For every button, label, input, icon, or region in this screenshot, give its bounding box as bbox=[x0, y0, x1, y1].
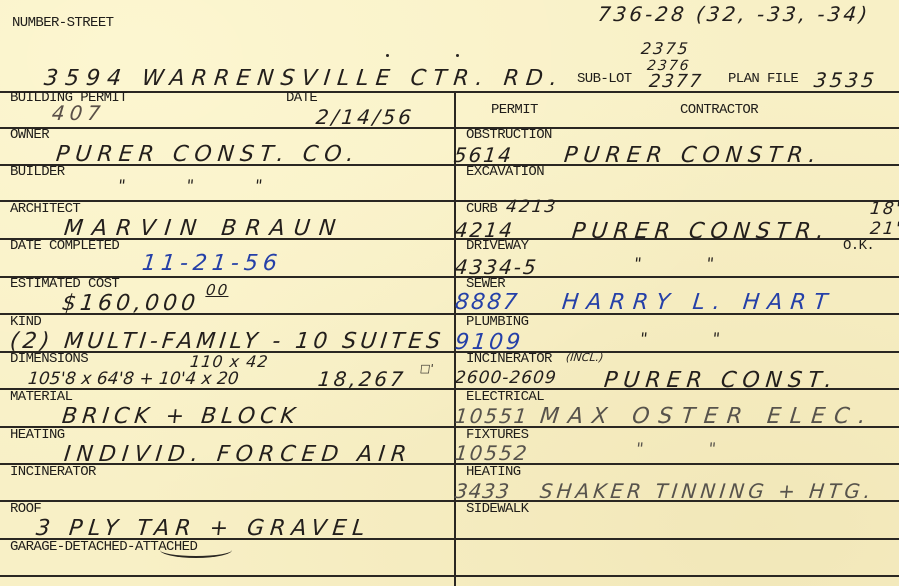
dimensions-value: 105'8 x 64'8 + 10'4 x 20 bbox=[27, 371, 239, 388]
address: 3594 WARRENSVILLE CTR. RD. bbox=[43, 68, 565, 90]
owner-value: PURER CONST. CO. bbox=[55, 144, 361, 166]
incinerator-permit-label: INCINERATOR bbox=[466, 352, 552, 366]
kind-label: KIND bbox=[10, 315, 41, 329]
driveway-label: DRIVEWAY bbox=[466, 239, 528, 253]
material-value: BRICK + BLOCK bbox=[61, 406, 301, 428]
curb-contractor: PURER CONSTR. bbox=[571, 221, 831, 243]
roof-label: ROOF bbox=[10, 502, 41, 516]
incinerator-contractor: PURER CONST. bbox=[603, 370, 839, 392]
sidewalk-label: SIDEWALK bbox=[466, 502, 528, 516]
roof-value: 3 PLY TAR + GRAVEL bbox=[35, 518, 372, 540]
dimensions-area-unit: □' bbox=[419, 363, 434, 374]
heating-contractor: SHAKER TINNING + HTG. bbox=[539, 481, 876, 501]
curb-permit-2: 4214 bbox=[454, 220, 515, 240]
sewer-label: SEWER bbox=[466, 277, 505, 291]
incinerator-label: INCINERATOR bbox=[10, 465, 96, 479]
rule-line bbox=[0, 91, 899, 93]
excavation-label: EXCAVATION bbox=[466, 165, 544, 179]
rule-line bbox=[0, 575, 899, 577]
architect-value: MARVIN BRAUN bbox=[63, 218, 346, 240]
parcel-number: 736-28 (32, -33, -34) bbox=[597, 4, 871, 24]
plumbing-label: PLUMBING bbox=[466, 315, 528, 329]
permit-date: 2/14/56 bbox=[315, 107, 415, 127]
permit-column-header: PERMIT bbox=[491, 103, 538, 117]
rule-line bbox=[0, 276, 899, 278]
estimated-cost-cents: 00 bbox=[205, 283, 230, 298]
fixtures-permit: 10552 bbox=[454, 443, 530, 463]
sewer-permit: 8887 bbox=[454, 292, 520, 314]
material-label: MATERIAL bbox=[10, 390, 72, 404]
builder-label: BUILDER bbox=[10, 165, 65, 179]
date-completed-value: 11-21-56 bbox=[141, 253, 283, 275]
fixtures-contractor: " " bbox=[635, 441, 746, 457]
kind-value: (2) MULTI-FAMILY - 10 SUITES bbox=[9, 331, 445, 353]
stray-mark bbox=[386, 54, 389, 57]
rule-line bbox=[0, 127, 899, 129]
curb-status: O.K. bbox=[843, 239, 874, 253]
date-completed-label: DATE COMPLETED bbox=[10, 239, 119, 253]
estimated-cost-label: ESTIMATED COST bbox=[10, 277, 119, 291]
contractor-column-header: CONTRACTOR bbox=[680, 103, 758, 117]
dimensions-area: 18,267 bbox=[317, 369, 407, 389]
curb-permit-1: 4213 bbox=[505, 199, 558, 216]
owner-label: OWNER bbox=[10, 128, 49, 142]
permit-card: NUMBER-STREET 736-28 (32, -33, -34) 3594… bbox=[0, 0, 899, 586]
heating-permit-label: HEATING bbox=[466, 465, 521, 479]
heating-value: INDIVID. FORCED AIR bbox=[63, 444, 413, 466]
heating-permit: 3433 bbox=[454, 481, 511, 501]
curb-label: CURB bbox=[466, 202, 497, 216]
stray-mark bbox=[456, 54, 459, 57]
dimensions-alt: 110 x 42 bbox=[189, 354, 269, 370]
architect-label: ARCHITECT bbox=[10, 202, 80, 216]
plumbing-contractor: " " bbox=[639, 331, 750, 347]
number-street-label: NUMBER-STREET bbox=[12, 16, 113, 30]
heating-label: HEATING bbox=[10, 428, 65, 442]
estimated-cost-value: $160,000 bbox=[61, 293, 200, 315]
building-permit-number: 407 bbox=[51, 103, 106, 123]
electrical-contractor: MAX OSTER ELEC. bbox=[539, 406, 876, 428]
sewer-contractor: HARRY L. HART bbox=[561, 292, 836, 314]
sub-lot-label: SUB-LOT bbox=[577, 72, 632, 86]
garage-label-prefix: GARAGE-DETACHED- bbox=[10, 539, 135, 555]
attached-underline-mark bbox=[160, 550, 232, 558]
builder-value: " " " bbox=[117, 178, 291, 194]
incinerator-permit: 2600-2609 bbox=[454, 370, 557, 387]
driveway-contractor: " " bbox=[633, 256, 744, 272]
plan-file-label: PLAN FILE bbox=[728, 72, 798, 86]
driveway-permit: 4334-5 bbox=[454, 257, 539, 277]
obstruction-label: OBSTRUCTION bbox=[466, 128, 552, 142]
plan-file-number: 3535 bbox=[813, 70, 878, 90]
sub-lot-3: 2377 bbox=[648, 73, 704, 91]
obstruction-permit: 5614 bbox=[453, 145, 514, 165]
rule-line bbox=[0, 200, 899, 202]
electrical-label: ELECTRICAL bbox=[466, 390, 544, 404]
incinerator-note: (INCL.) bbox=[565, 352, 604, 363]
date-label: DATE bbox=[286, 91, 317, 105]
curb-length-1: 18' bbox=[869, 201, 899, 218]
dimensions-label: DIMENSIONS bbox=[10, 352, 88, 366]
obstruction-contractor: PURER CONSTR. bbox=[563, 145, 823, 167]
curb-length-2: 21' bbox=[869, 221, 899, 238]
electrical-permit: 10551 bbox=[454, 406, 530, 426]
sub-lot-1: 2375 bbox=[640, 41, 690, 57]
fixtures-label: FIXTURES bbox=[466, 428, 528, 442]
